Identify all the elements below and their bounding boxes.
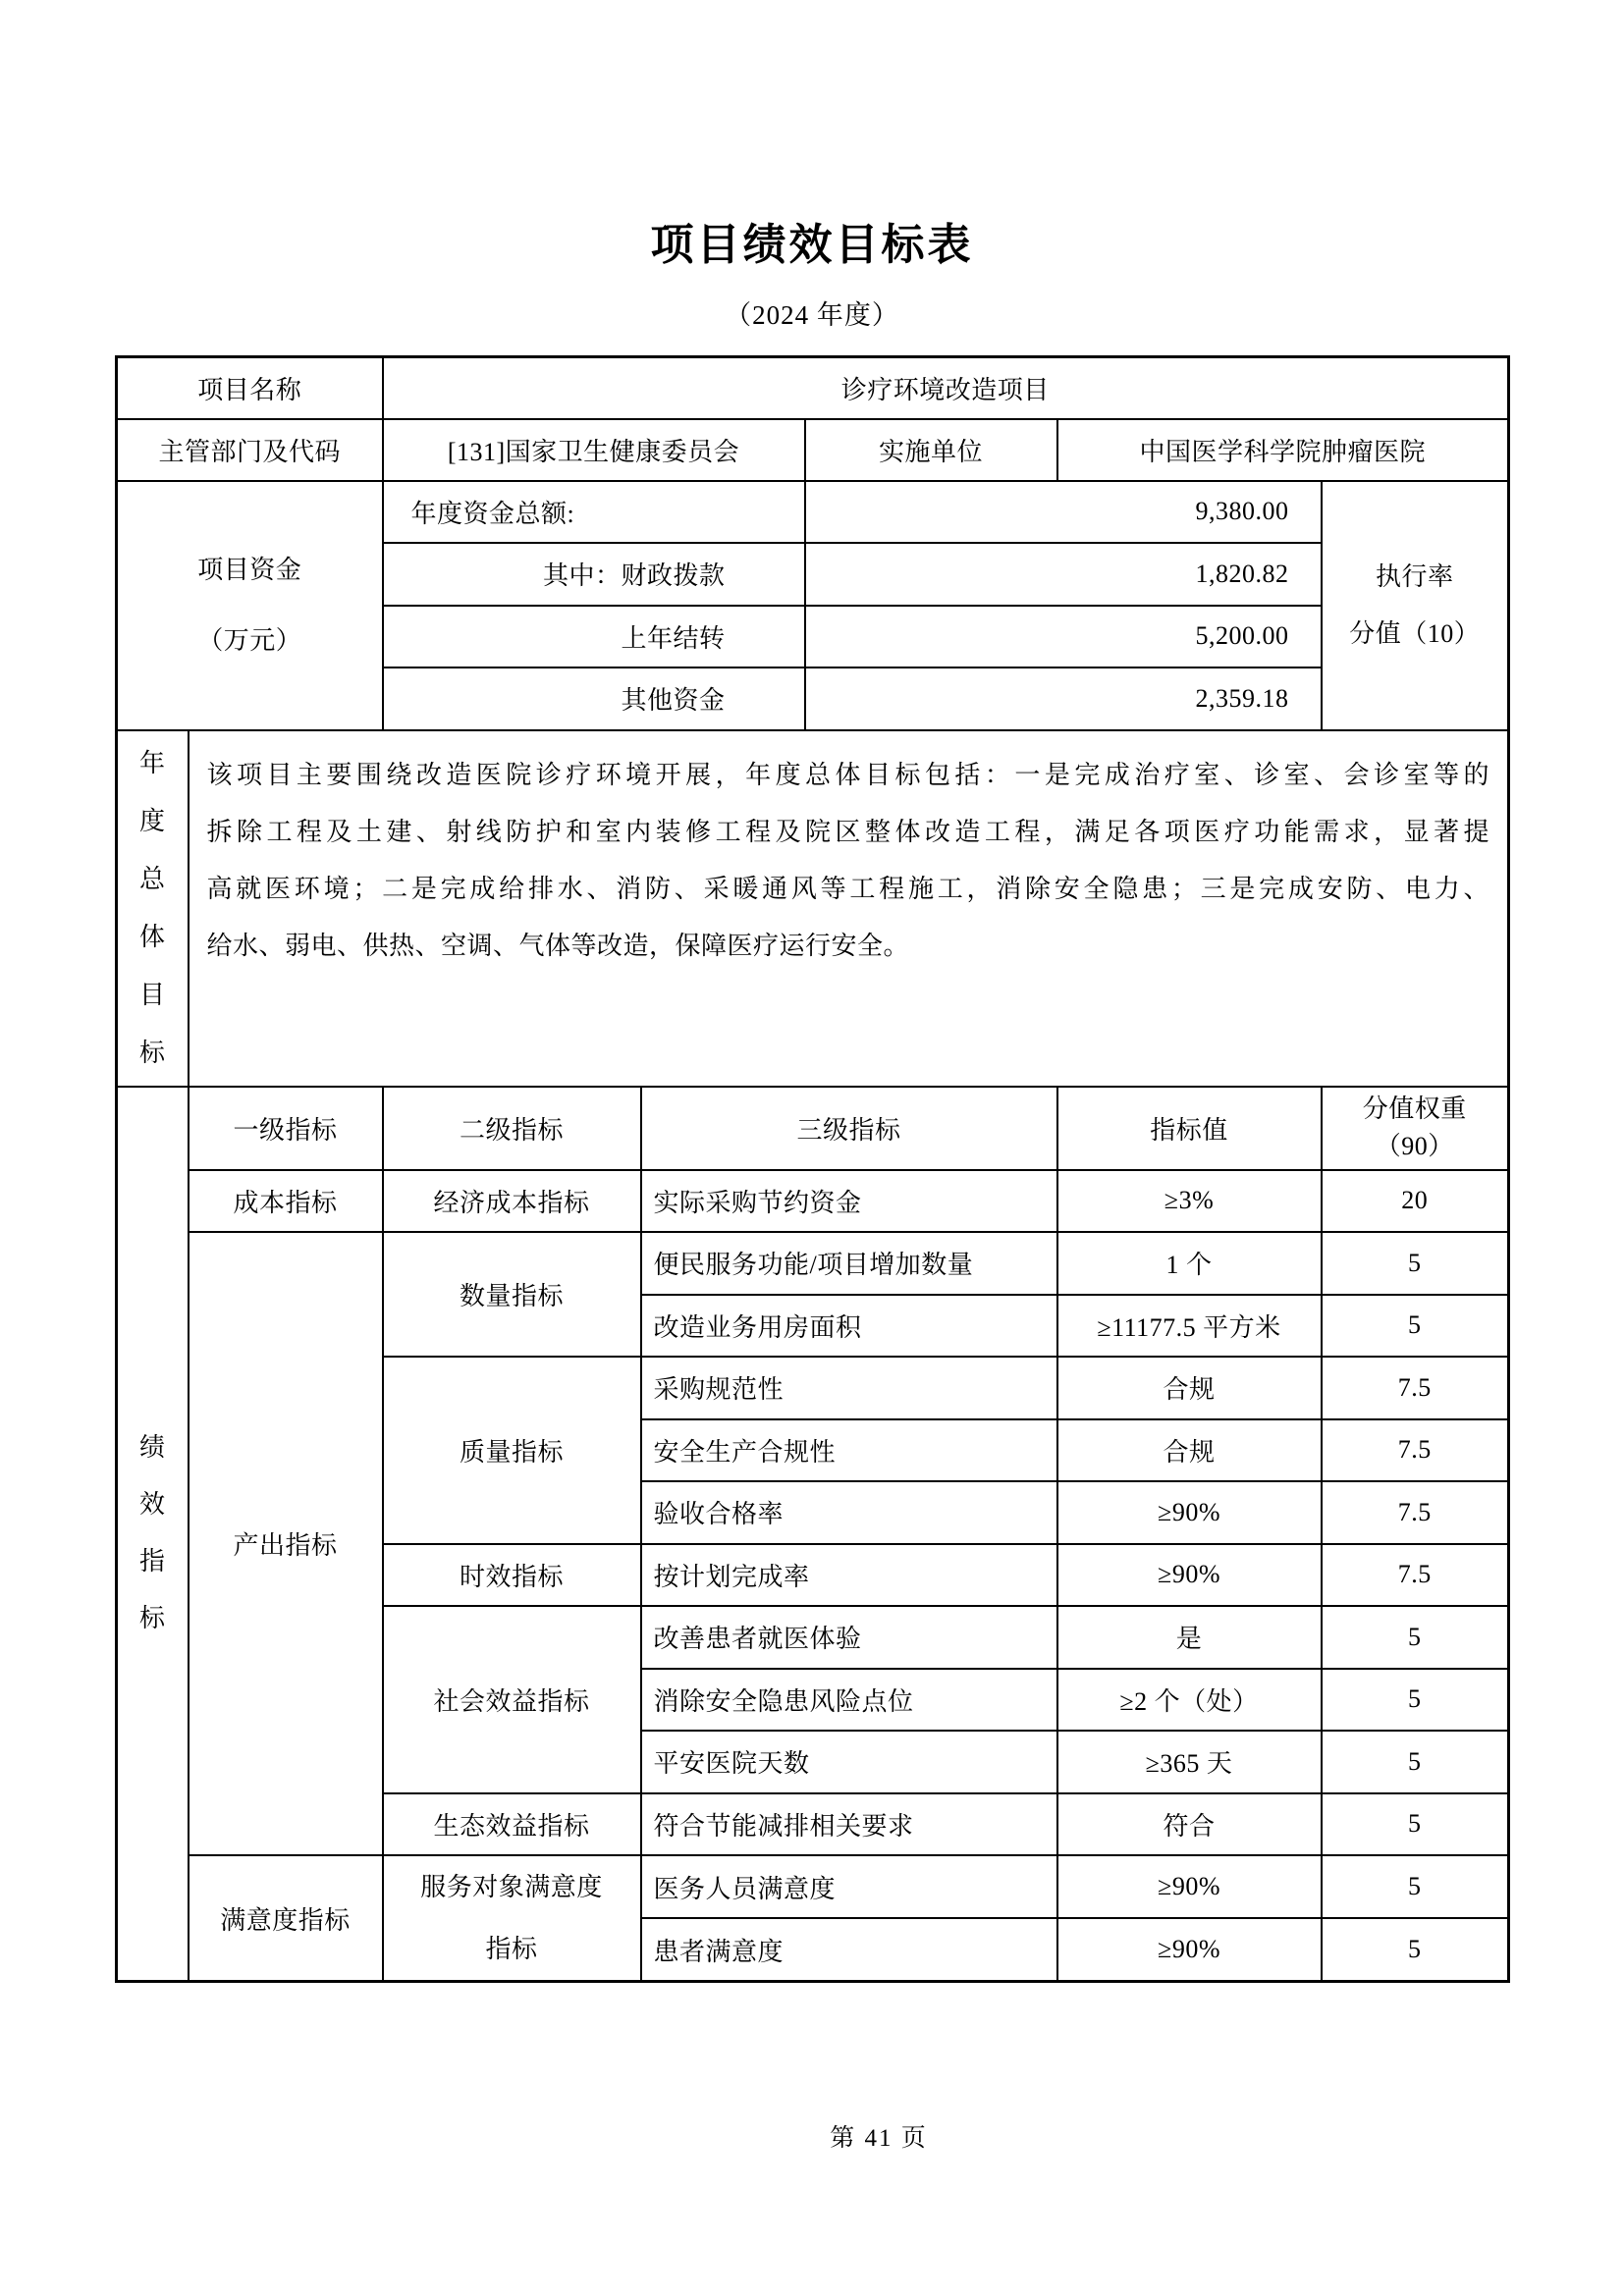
funds-carryover-label: 上年结转 xyxy=(383,606,805,667)
page-title: 项目绩效目标表 xyxy=(0,222,1624,269)
score-cell: 5 xyxy=(1322,1855,1509,1918)
funds-carryover-value: 5,200.00 xyxy=(805,606,1322,667)
funds-fiscal-value: 1,820.82 xyxy=(805,543,1322,606)
level3-cell: 按计划完成率 xyxy=(641,1544,1057,1607)
dept-value: [131]国家卫生健康委员会 xyxy=(383,419,805,481)
level2-economic-cost: 经济成本指标 xyxy=(383,1170,641,1233)
level3-cell: 实际采购节约资金 xyxy=(641,1170,1057,1233)
level1-output: 产出指标 xyxy=(189,1232,383,1855)
annual-goal-line-3: 高就医环境；二是完成给排水、消防、采暖通风等工程施工，消除安全隐患；三是完成安防… xyxy=(207,861,1490,918)
level2-eco-benefit: 生态效益指标 xyxy=(383,1793,641,1856)
score-cell: 20 xyxy=(1322,1170,1509,1233)
level3-cell: 验收合格率 xyxy=(641,1481,1057,1544)
execution-rate-line2: 分值（10） xyxy=(1330,606,1500,663)
score-cell: 7.5 xyxy=(1322,1544,1509,1607)
project-name-value: 诊疗环境改造项目 xyxy=(383,357,1509,419)
page-number: 第 41 页 xyxy=(183,2118,1575,2154)
value-cell: ≥11177.5 平方米 xyxy=(1057,1295,1322,1358)
funds-row-total: 项目资金 （万元） 年度资金总额: 9,380.00 执行率 分值（10） xyxy=(117,481,1509,543)
value-cell: ≥90% xyxy=(1057,1918,1322,1981)
level2-timeliness: 时效指标 xyxy=(383,1544,641,1607)
score-cell: 5 xyxy=(1322,1731,1509,1793)
value-cell: 合规 xyxy=(1057,1357,1322,1419)
header-level2: 二级指标 xyxy=(383,1087,641,1170)
annual-goal-line-2: 拆除工程及土建、射线防护和室内装修工程及院区整体改造工程，满足各项医疗功能需求，… xyxy=(207,804,1490,861)
level2-quality: 质量指标 xyxy=(383,1357,641,1544)
level3-cell: 医务人员满意度 xyxy=(641,1855,1057,1918)
funds-other-label: 其他资金 xyxy=(383,667,805,730)
indicator-row: 成本指标 经济成本指标 实际采购节约资金 ≥3% 20 xyxy=(117,1170,1509,1233)
project-name-row: 项目名称 诊疗环境改造项目 xyxy=(117,357,1509,419)
score-cell: 5 xyxy=(1322,1295,1509,1358)
impl-value: 中国医学科学院肿瘤医院 xyxy=(1057,419,1509,481)
indicators-side-label: 绩 效 指 标 xyxy=(117,1087,189,1982)
score-cell: 7.5 xyxy=(1322,1419,1509,1482)
score-cell: 7.5 xyxy=(1322,1357,1509,1419)
header-value: 指标值 xyxy=(1057,1087,1322,1170)
value-cell: 符合 xyxy=(1057,1793,1322,1856)
header-level1: 一级指标 xyxy=(189,1087,383,1170)
value-cell: ≥2 个（处） xyxy=(1057,1669,1322,1732)
level3-cell: 改造业务用房面积 xyxy=(641,1295,1057,1358)
value-cell: ≥90% xyxy=(1057,1544,1322,1607)
execution-rate-cell: 执行率 分值（10） xyxy=(1322,481,1509,730)
department-row: 主管部门及代码 [131]国家卫生健康委员会 实施单位 中国医学科学院肿瘤医院 xyxy=(117,419,1509,481)
performance-target-table: 项目名称 诊疗环境改造项目 主管部门及代码 [131]国家卫生健康委员会 实施单… xyxy=(115,355,1510,1983)
level3-cell: 消除安全隐患风险点位 xyxy=(641,1669,1057,1732)
value-cell: ≥90% xyxy=(1057,1855,1322,1918)
annual-goal-line-1: 该项目主要围绕改造医院诊疗环境开展，年度总体目标包括：一是完成治疗室、诊室、会诊… xyxy=(207,747,1490,804)
value-cell: ≥90% xyxy=(1057,1481,1322,1544)
level3-cell: 符合节能减排相关要求 xyxy=(641,1793,1057,1856)
annual-goal-line-4: 给水、弱电、供热、空调、气体等改造，保障医疗运行安全。 xyxy=(207,918,1490,975)
execution-rate-line1: 执行率 xyxy=(1330,549,1500,606)
annual-goal-side-label: 年 度 总 体 目 标 xyxy=(117,730,189,1087)
level3-cell: 安全生产合规性 xyxy=(641,1419,1057,1482)
indicator-row: 产出指标 数量指标 便民服务功能/项目增加数量 1 个 5 xyxy=(117,1232,1509,1295)
level2-quantity: 数量指标 xyxy=(383,1232,641,1357)
funds-other-value: 2,359.18 xyxy=(805,667,1322,730)
page-subtitle: （2024 年度） xyxy=(0,297,1624,333)
header-level3: 三级指标 xyxy=(641,1087,1057,1170)
document-page: 项目绩效目标表 （2024 年度） 项目名称 诊疗环境改造项目 主管部门及代码 … xyxy=(0,0,1624,2296)
funds-label-line2: （万元） xyxy=(126,606,374,676)
level1-cost: 成本指标 xyxy=(189,1170,383,1233)
impl-label: 实施单位 xyxy=(805,419,1057,481)
indicators-header-row: 绩 效 指 标 一级指标 二级指标 三级指标 指标值 分值权重 （90） xyxy=(117,1087,1509,1170)
annual-goal-text: 该项目主要围绕改造医院诊疗环境开展，年度总体目标包括：一是完成治疗室、诊室、会诊… xyxy=(189,730,1509,1087)
funds-label-line1: 项目资金 xyxy=(126,535,374,606)
funds-fiscal-label: 其中：财政拨款 xyxy=(383,543,805,606)
funds-total-label: 年度资金总额: xyxy=(383,481,805,543)
score-cell: 5 xyxy=(1322,1793,1509,1856)
dept-label: 主管部门及代码 xyxy=(117,419,383,481)
header-score: 分值权重 （90） xyxy=(1322,1087,1509,1170)
indicator-row: 满意度指标 服务对象满意度指标 医务人员满意度 ≥90% 5 xyxy=(117,1855,1509,1918)
score-cell: 7.5 xyxy=(1322,1481,1509,1544)
funds-label: 项目资金 （万元） xyxy=(117,481,383,730)
project-name-label: 项目名称 xyxy=(117,357,383,419)
score-cell: 5 xyxy=(1322,1606,1509,1669)
level2-social-benefit: 社会效益指标 xyxy=(383,1606,641,1793)
level3-cell: 患者满意度 xyxy=(641,1918,1057,1981)
value-cell: ≥365 天 xyxy=(1057,1731,1322,1793)
score-cell: 5 xyxy=(1322,1669,1509,1732)
value-cell: 合规 xyxy=(1057,1419,1322,1482)
level3-cell: 便民服务功能/项目增加数量 xyxy=(641,1232,1057,1295)
score-cell: 5 xyxy=(1322,1232,1509,1295)
level3-cell: 改善患者就医体验 xyxy=(641,1606,1057,1669)
level3-cell: 采购规范性 xyxy=(641,1357,1057,1419)
value-cell: 1 个 xyxy=(1057,1232,1322,1295)
level2-service-satisfaction: 服务对象满意度指标 xyxy=(383,1855,641,1982)
level3-cell: 平安医院天数 xyxy=(641,1731,1057,1793)
score-cell: 5 xyxy=(1322,1918,1509,1981)
value-cell: ≥3% xyxy=(1057,1170,1322,1233)
level1-satisfaction: 满意度指标 xyxy=(189,1855,383,1982)
annual-goal-row: 年 度 总 体 目 标 该项目主要围绕改造医院诊疗环境开展，年度总体目标包括：一… xyxy=(117,730,1509,1087)
value-cell: 是 xyxy=(1057,1606,1322,1669)
funds-total-value: 9,380.00 xyxy=(805,481,1322,543)
